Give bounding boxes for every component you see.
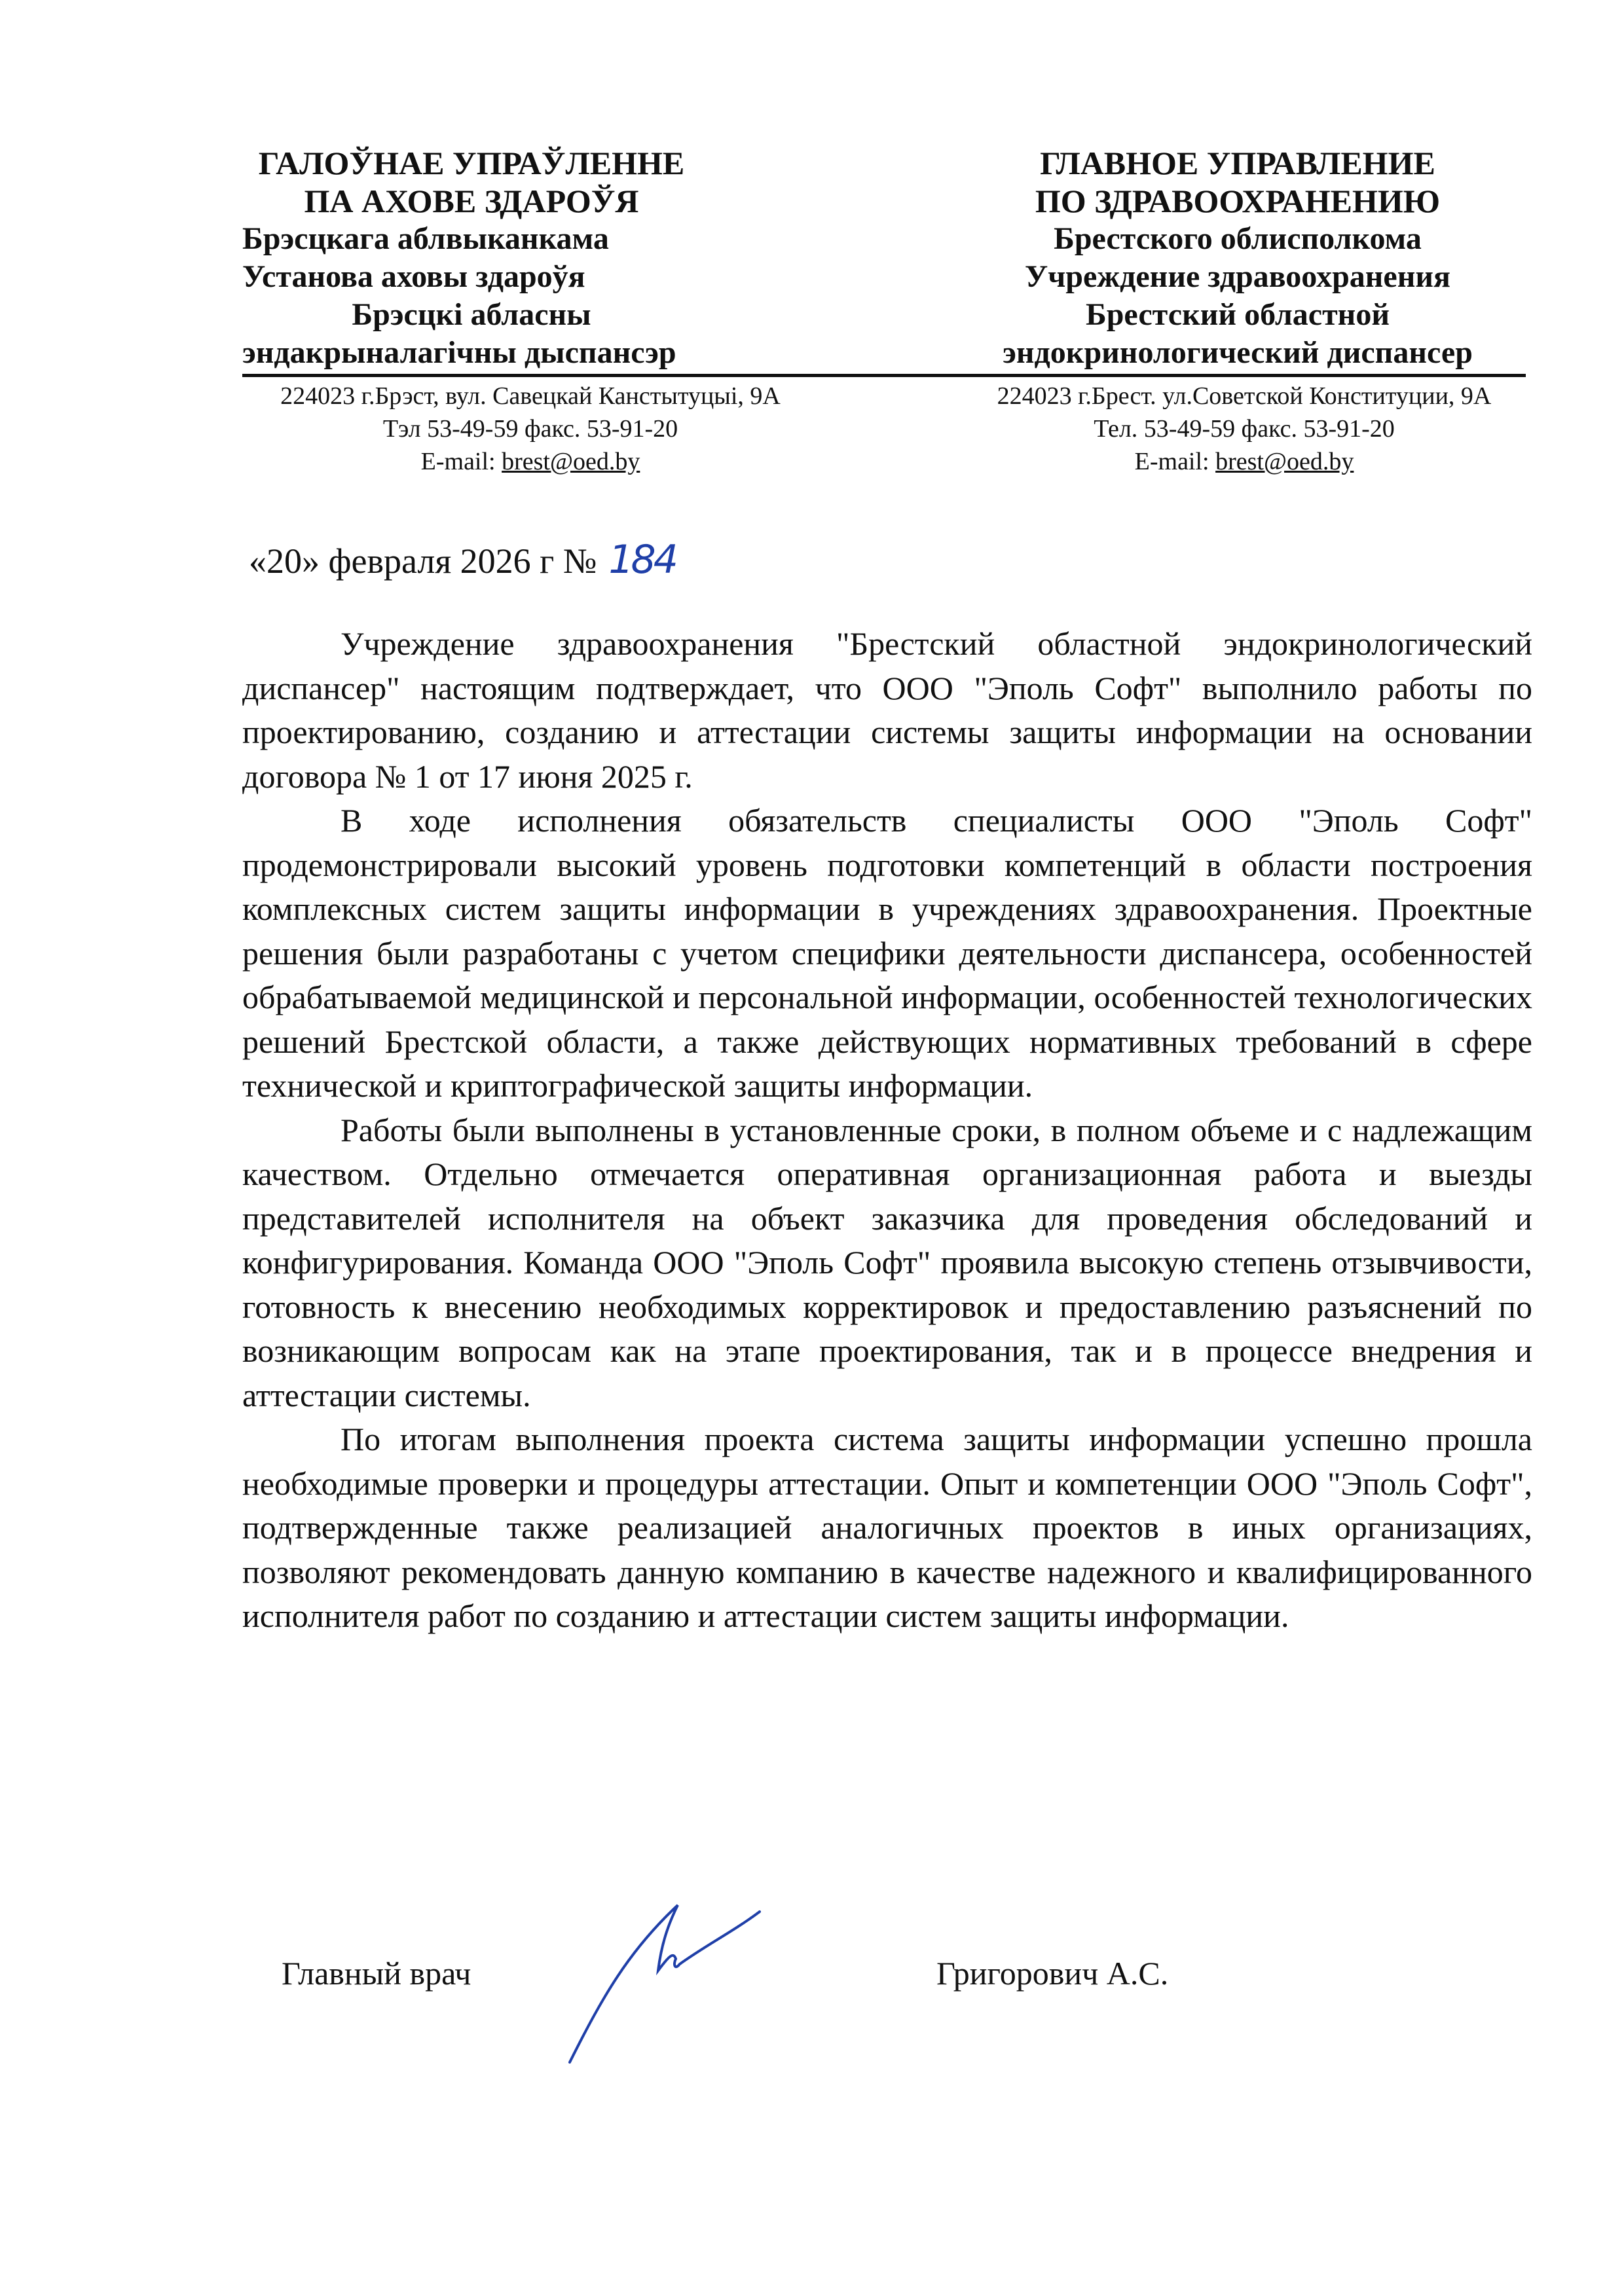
- org-line-3: Брэсцкага аблвыканкама: [242, 220, 701, 258]
- letter-body: Учреждение здравоохранения "Брестский об…: [242, 622, 1532, 1639]
- phone-fax: Тэл 53-49-59 факс. 53-91-20: [236, 412, 825, 445]
- email-label: E-mail:: [1135, 448, 1215, 475]
- org-line-4: Установа аховы здароўя: [242, 258, 701, 296]
- handwritten-signature-icon: [563, 1899, 864, 2069]
- letter-date: «20» февраля 2026 г №: [249, 541, 597, 581]
- address: 224023 г.Брэст, вул. Савецкай Канстытуцы…: [236, 380, 825, 412]
- org-line-6: эндокринологический диспансер: [950, 334, 1526, 372]
- org-title-line-2: ПА АХОВЕ ЗДАРОЎЯ: [242, 182, 701, 220]
- email-line: E-mail: brest@oed.by: [236, 445, 825, 478]
- org-line-3: Брестского облисполкома: [950, 220, 1526, 258]
- paragraph-2: В ходе исполнения обязательств специалис…: [242, 799, 1532, 1108]
- email-label: E-mail:: [421, 448, 502, 475]
- paragraph-3: Работы были выполнены в установленные ср…: [242, 1108, 1532, 1418]
- paragraph-4: По итогам выполнения проекта система защ…: [242, 1417, 1532, 1639]
- org-line-5: Брэсцкі абласны: [242, 296, 701, 334]
- org-title-line-1: ГАЛОЎНАЕ УПРАЎЛЕННЕ: [242, 144, 701, 182]
- email-link[interactable]: brest@oed.by: [502, 448, 640, 475]
- org-title-line-1: ГЛАВНОЕ УПРАВЛЕНИЕ: [950, 144, 1526, 182]
- signatory-name: Григорович А.С.: [936, 1954, 1168, 1992]
- date-reg-line: «20» февраля 2026 г №184: [249, 537, 676, 583]
- handwritten-reg-number: 184: [608, 537, 676, 583]
- org-line-6: эндакрыналагічны дыспансэр: [242, 334, 701, 372]
- paragraph-1: Учреждение здравоохранения "Брестский об…: [242, 622, 1532, 799]
- letterhead-right: ГЛАВНОЕ УПРАВЛЕНИЕ ПО ЗДРАВООХРАНЕНИЮ Бр…: [950, 144, 1526, 372]
- org-line-5: Брестский областной: [950, 296, 1526, 334]
- contact-left: 224023 г.Брэст, вул. Савецкай Канстытуцы…: [236, 380, 825, 478]
- org-line-4: Учреждение здравоохранения: [950, 258, 1526, 296]
- signatory-position: Главный врач: [282, 1954, 471, 1992]
- email-link[interactable]: brest@oed.by: [1215, 448, 1354, 475]
- org-title-line-2: ПО ЗДРАВООХРАНЕНИЮ: [950, 182, 1526, 220]
- email-line: E-mail: brest@oed.by: [950, 445, 1539, 478]
- address: 224023 г.Брест. ул.Советской Конституции…: [950, 380, 1539, 412]
- letterhead-left: ГАЛОЎНАЕ УПРАЎЛЕННЕ ПА АХОВЕ ЗДАРОЎЯ Брэ…: [242, 144, 701, 372]
- contact-right: 224023 г.Брест. ул.Советской Конституции…: [950, 380, 1539, 478]
- letterhead-divider: [242, 374, 1526, 377]
- phone-fax: Тел. 53-49-59 факс. 53-91-20: [950, 412, 1539, 445]
